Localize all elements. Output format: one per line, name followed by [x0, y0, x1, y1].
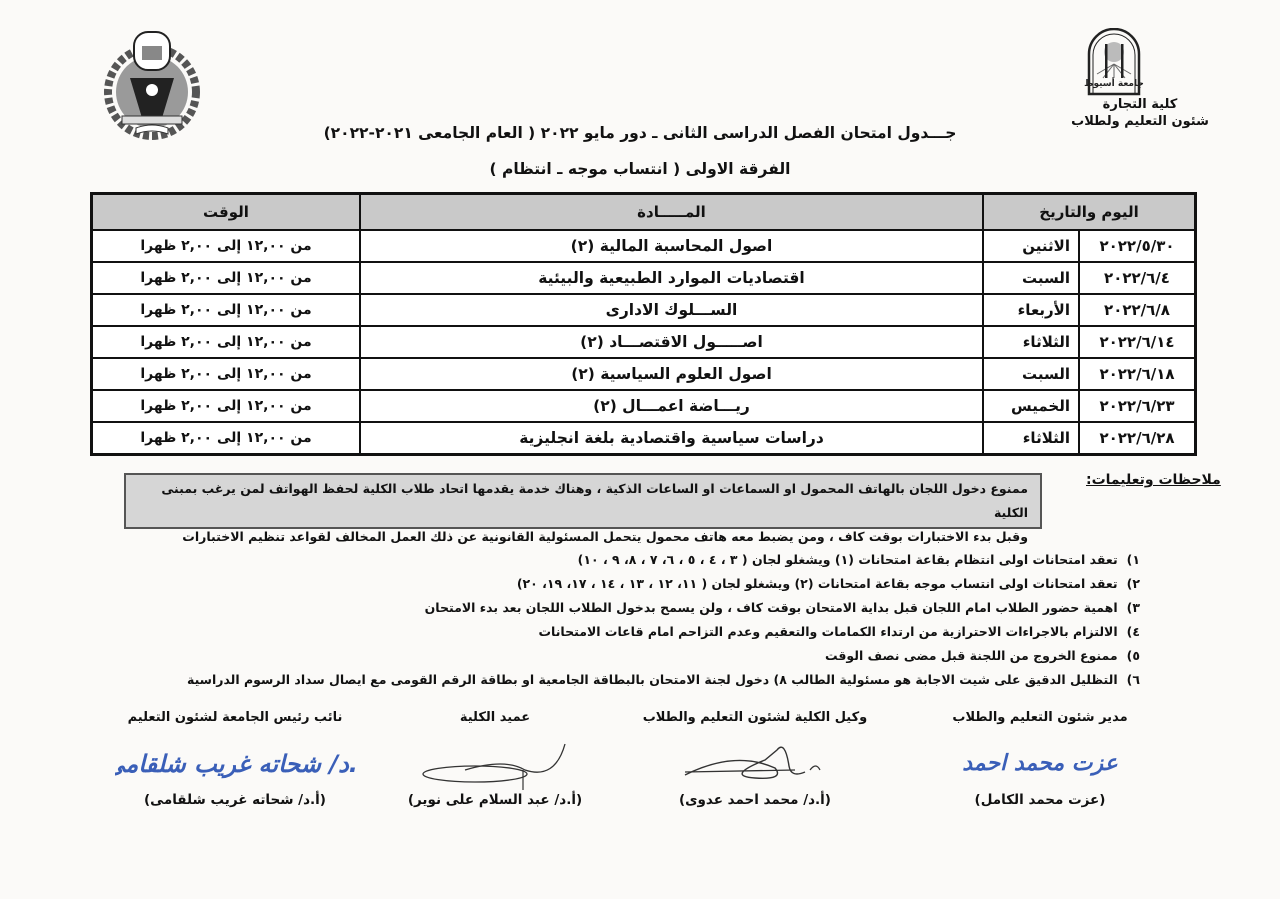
exam-date: ٢٠٢٢/٦/١٤: [1079, 326, 1196, 358]
signature-block-dean: عميد الكلية (أ.د/ عبد السلام على نوير): [365, 710, 625, 808]
signatory-name: (أ.د/ عبد السلام على نوير): [365, 792, 625, 808]
notes-label: ملاحظات وتعليمات:: [1086, 472, 1221, 488]
exam-subject: اصـــــول الاقتصـــاد (٢): [360, 326, 983, 358]
exam-time: من ١٢,٠٠ إلى ٢,٠٠ ظهرا: [92, 262, 361, 294]
svg-text:عزت محمد احمد: عزت محمد احمد: [962, 751, 1118, 776]
exam-time: من ١٢,٠٠ إلى ٢,٠٠ ظهرا: [92, 422, 361, 455]
exam-date: ٢٠٢٢/٦/٢٨: [1079, 422, 1196, 455]
signatory-name: (أ.د/ شحاته غريب شلقامى): [105, 792, 365, 808]
item-text: الالتزام بالاجراءات الاحترازية من ارتداء…: [538, 624, 1117, 639]
notes-line: وقبل بدء الاختبارات بوقت كاف ، ومن يضبط …: [138, 525, 1028, 549]
exam-date: ٢٠٢٢/٦/١٨: [1079, 358, 1196, 390]
exam-day: الثلاثاء: [983, 326, 1079, 358]
exam-subject: اصول المحاسبة المالية (٢): [360, 230, 983, 262]
item-number: ١): [1122, 548, 1140, 572]
exam-schedule-table: اليوم والتاريخ المـــــادة الوقت ٢٠٢٢/٥/…: [90, 192, 1197, 456]
signature-scribble: [365, 730, 625, 792]
list-item: ١) تعقد امتحانات اولى انتظام بقاعة امتحا…: [150, 548, 1150, 572]
item-text: تعقد امتحانات اولى انتساب موجه بقاعة امت…: [517, 576, 1118, 591]
table-row: ٢٠٢٢/٦/١٤ الثلاثاء اصـــــول الاقتصـــاد…: [92, 326, 1196, 358]
signature-scribble: عزت محمد احمد: [910, 730, 1170, 792]
item-number: ٥): [1122, 644, 1140, 668]
table-header-row: اليوم والتاريخ المـــــادة الوقت: [92, 194, 1196, 231]
signature-block-vice-dean: وكيل الكلية لشئون التعليم والطلاب (أ.د/ …: [625, 710, 885, 808]
exam-date: ٢٠٢٢/٥/٣٠: [1079, 230, 1196, 262]
column-header-day-date: اليوم والتاريخ: [983, 194, 1196, 231]
exam-subject: اقتصاديات الموارد الطبيعية والبيئية: [360, 262, 983, 294]
exam-day: الثلاثاء: [983, 422, 1079, 455]
faculty-header: كلية التجارة شئون التعليم ولطلاب: [1040, 96, 1240, 130]
notes-line: ممنوع دخول اللجان بالهاتف المحمول او الس…: [138, 477, 1028, 525]
column-header-subject: المـــــادة: [360, 194, 983, 231]
exam-time: من ١٢,٠٠ إلى ٢,٠٠ ظهرا: [92, 294, 361, 326]
table-row: ٢٠٢٢/٦/٨ الأربعاء الســـلوك الادارى من ١…: [92, 294, 1196, 326]
exam-date: ٢٠٢٢/٦/٨: [1079, 294, 1196, 326]
exam-day: الاثنين: [983, 230, 1079, 262]
signature-role: مدير شئون التعليم والطلاب: [910, 710, 1170, 730]
table-row: ٢٠٢٢/٦/٢٨ الثلاثاء دراسات سياسية واقتصاد…: [92, 422, 1196, 455]
signature-role: عميد الكلية: [365, 710, 625, 730]
exam-subject: الســـلوك الادارى: [360, 294, 983, 326]
column-header-time: الوقت: [92, 194, 361, 231]
department-name: شئون التعليم ولطلاب: [1040, 113, 1240, 130]
exam-day: السبت: [983, 262, 1079, 294]
list-item: ٦) التظليل الدقيق على شيت الاجابة هو مسئ…: [150, 668, 1150, 692]
table-row: ٢٠٢٢/٥/٣٠ الاثنين اصول المحاسبة المالية …: [92, 230, 1196, 262]
list-item: ٥) ممنوع الخروج من اللجنة قبل مضى نصف ال…: [150, 644, 1150, 668]
table-row: ٢٠٢٢/٦/١٨ السبت اصول العلوم السياسية (٢)…: [92, 358, 1196, 390]
item-number: ٣): [1122, 596, 1140, 620]
item-text: تعقد امتحانات اولى انتظام بقاعة امتحانات…: [578, 552, 1118, 567]
item-text: اهمية حضور الطلاب امام اللجان قبل بداية …: [425, 600, 1118, 615]
signature-scribble: [625, 730, 885, 792]
exam-time: من ١٢,٠٠ إلى ٢,٠٠ ظهرا: [92, 390, 361, 422]
exam-day: السبت: [983, 358, 1079, 390]
signature-block-affairs-director: مدير شئون التعليم والطلاب عزت محمد احمد …: [910, 710, 1170, 808]
table-row: ٢٠٢٢/٦/٤ السبت اقتصاديات الموارد الطبيعي…: [92, 262, 1196, 294]
item-number: ٦): [1122, 668, 1140, 692]
svg-text:أ.د/ شحاته غريب شلقامى: أ.د/ شحاته غريب شلقامى: [115, 747, 355, 779]
exam-time: من ١٢,٠٠ إلى ٢,٠٠ ظهرا: [92, 230, 361, 262]
faculty-name: كلية التجارة: [1040, 96, 1240, 113]
exam-subject: دراسات سياسية واقتصادية بلغة انجليزية: [360, 422, 983, 455]
item-text: التظليل الدقيق على شيت الاجابة هو مسئولي…: [187, 672, 1118, 687]
signature-block-vice-president: نائب رئيس الجامعة لشئون التعليم أ.د/ شحا…: [105, 710, 365, 808]
exam-day: الخميس: [983, 390, 1079, 422]
item-text: ممنوع الخروج من اللجنة قبل مضى نصف الوقت: [825, 648, 1118, 663]
signature-role: نائب رئيس الجامعة لشئون التعليم: [105, 710, 365, 730]
signature-scribble: أ.د/ شحاته غريب شلقامى: [105, 730, 365, 792]
page-title: جـــدول امتحان الفصل الدراسى الثانى ـ دو…: [260, 124, 1020, 142]
signatory-name: (عزت محمد الكامل): [910, 792, 1170, 808]
svg-text:جامعة أسيوط: جامعة أسيوط: [1084, 77, 1144, 89]
item-number: ٢): [1122, 572, 1140, 596]
page-subtitle: الفرقة الاولى ( انتساب موجه ـ انتظام ): [260, 160, 1020, 178]
exam-time: من ١٢,٠٠ إلى ٢,٠٠ ظهرا: [92, 326, 361, 358]
exam-subject: ريـــاضة اعمـــال (٢): [360, 390, 983, 422]
exam-date: ٢٠٢٢/٦/٤: [1079, 262, 1196, 294]
item-number: ٤): [1122, 620, 1140, 644]
list-item: ٢) تعقد امتحانات اولى انتساب موجه بقاعة …: [150, 572, 1150, 596]
exam-day: الأربعاء: [983, 294, 1079, 326]
table-row: ٢٠٢٢/٦/٢٣ الخميس ريـــاضة اعمـــال (٢) م…: [92, 390, 1196, 422]
notes-box: ممنوع دخول اللجان بالهاتف المحمول او الس…: [124, 473, 1042, 529]
signatory-name: (أ.د/ محمد احمد عدوى): [625, 792, 885, 808]
exam-time: من ١٢,٠٠ إلى ٢,٠٠ ظهرا: [92, 358, 361, 390]
instructions-list: ١) تعقد امتحانات اولى انتظام بقاعة امتحا…: [150, 548, 1150, 692]
signature-role: وكيل الكلية لشئون التعليم والطلاب: [625, 710, 885, 730]
university-logo: جامعة أسيوط: [1083, 28, 1145, 96]
exam-date: ٢٠٢٢/٦/٢٣: [1079, 390, 1196, 422]
list-item: ٣) اهمية حضور الطلاب امام اللجان قبل بدا…: [150, 596, 1150, 620]
faculty-emblem-logo: [100, 28, 204, 140]
list-item: ٤) الالتزام بالاجراءات الاحترازية من ارت…: [150, 620, 1150, 644]
exam-subject: اصول العلوم السياسية (٢): [360, 358, 983, 390]
